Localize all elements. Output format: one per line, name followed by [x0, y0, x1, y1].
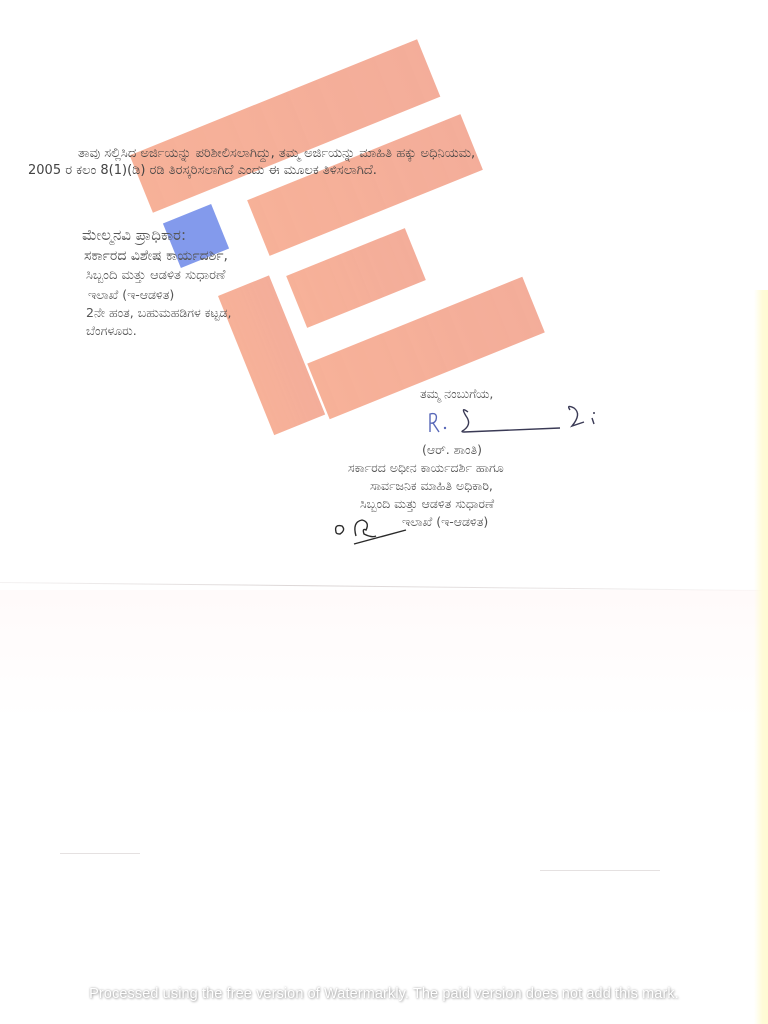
- scan-artifact: [540, 870, 660, 871]
- initials-icon: [332, 510, 412, 546]
- scan-artifact: [60, 853, 140, 854]
- appellate-authority-heading: ಮೇಲ್ಮನವಿ ಪ್ರಾಧಿಕಾರ:: [82, 226, 186, 244]
- body-paragraph-line-2: 2005 ರ ಕಲಂ 8(1)(ಡಿ) ರಡಿ ತಿರಸ್ಕರಿಸಲಾಗಿದೆ …: [28, 163, 377, 178]
- signatory-designation-line: ಇಲಾಖೆ (ಇ-ಆಡಳಿತ): [402, 514, 488, 530]
- page-edge-shadow: [754, 290, 768, 1024]
- appellate-authority-line: ಸಿಬ್ಬಂದಿ ಮತ್ತು ಆಡಳಿತ ಸುಧಾರಣೆ: [86, 268, 225, 283]
- appellate-authority-line: ಇಲಾಖೆ (ಇ-ಆಡಳಿತ): [88, 287, 174, 303]
- closing-salutation: ತಮ್ಮ ನಂಬುಗೆಯ,: [420, 386, 493, 402]
- body-paragraph-line-1: ತಾವು ಸಲ್ಲಿಸಿದ ಅರ್ಜಿಯನ್ನು ಪರಿಶೀಲಿಸಲಾಗಿದ್ದ…: [78, 146, 475, 161]
- appellate-authority-line: ಬೆಂಗಳೂರು.: [86, 323, 137, 339]
- appellate-authority-line: 2ನೇ ಹಂತ, ಬಹುಮಹಡಿಗಳ ಕಟ್ಟಡ,: [86, 305, 231, 321]
- appellate-authority-line: ಸರ್ಕಾರದ ವಿಶೇಷ ಕಾರ್ಯದರ್ಶಿ,: [84, 248, 228, 264]
- watermark-footer-notice: Processed using the free version of Wate…: [0, 986, 768, 1002]
- signatory-designation-line: ಸರ್ಕಾರದ ಅಧೀನ ಕಾರ್ಯದರ್ಶಿ ಹಾಗೂ: [348, 460, 504, 476]
- document-page-lower: [0, 590, 768, 1024]
- signature-icon: [420, 402, 620, 442]
- signatory-designation-line: ಸಾರ್ವಜನಿಕ ಮಾಹಿತಿ ಅಧಿಕಾರಿ,: [370, 478, 493, 494]
- signatory-name: (ಆರ್. ಶಾಂತಿ): [422, 442, 482, 458]
